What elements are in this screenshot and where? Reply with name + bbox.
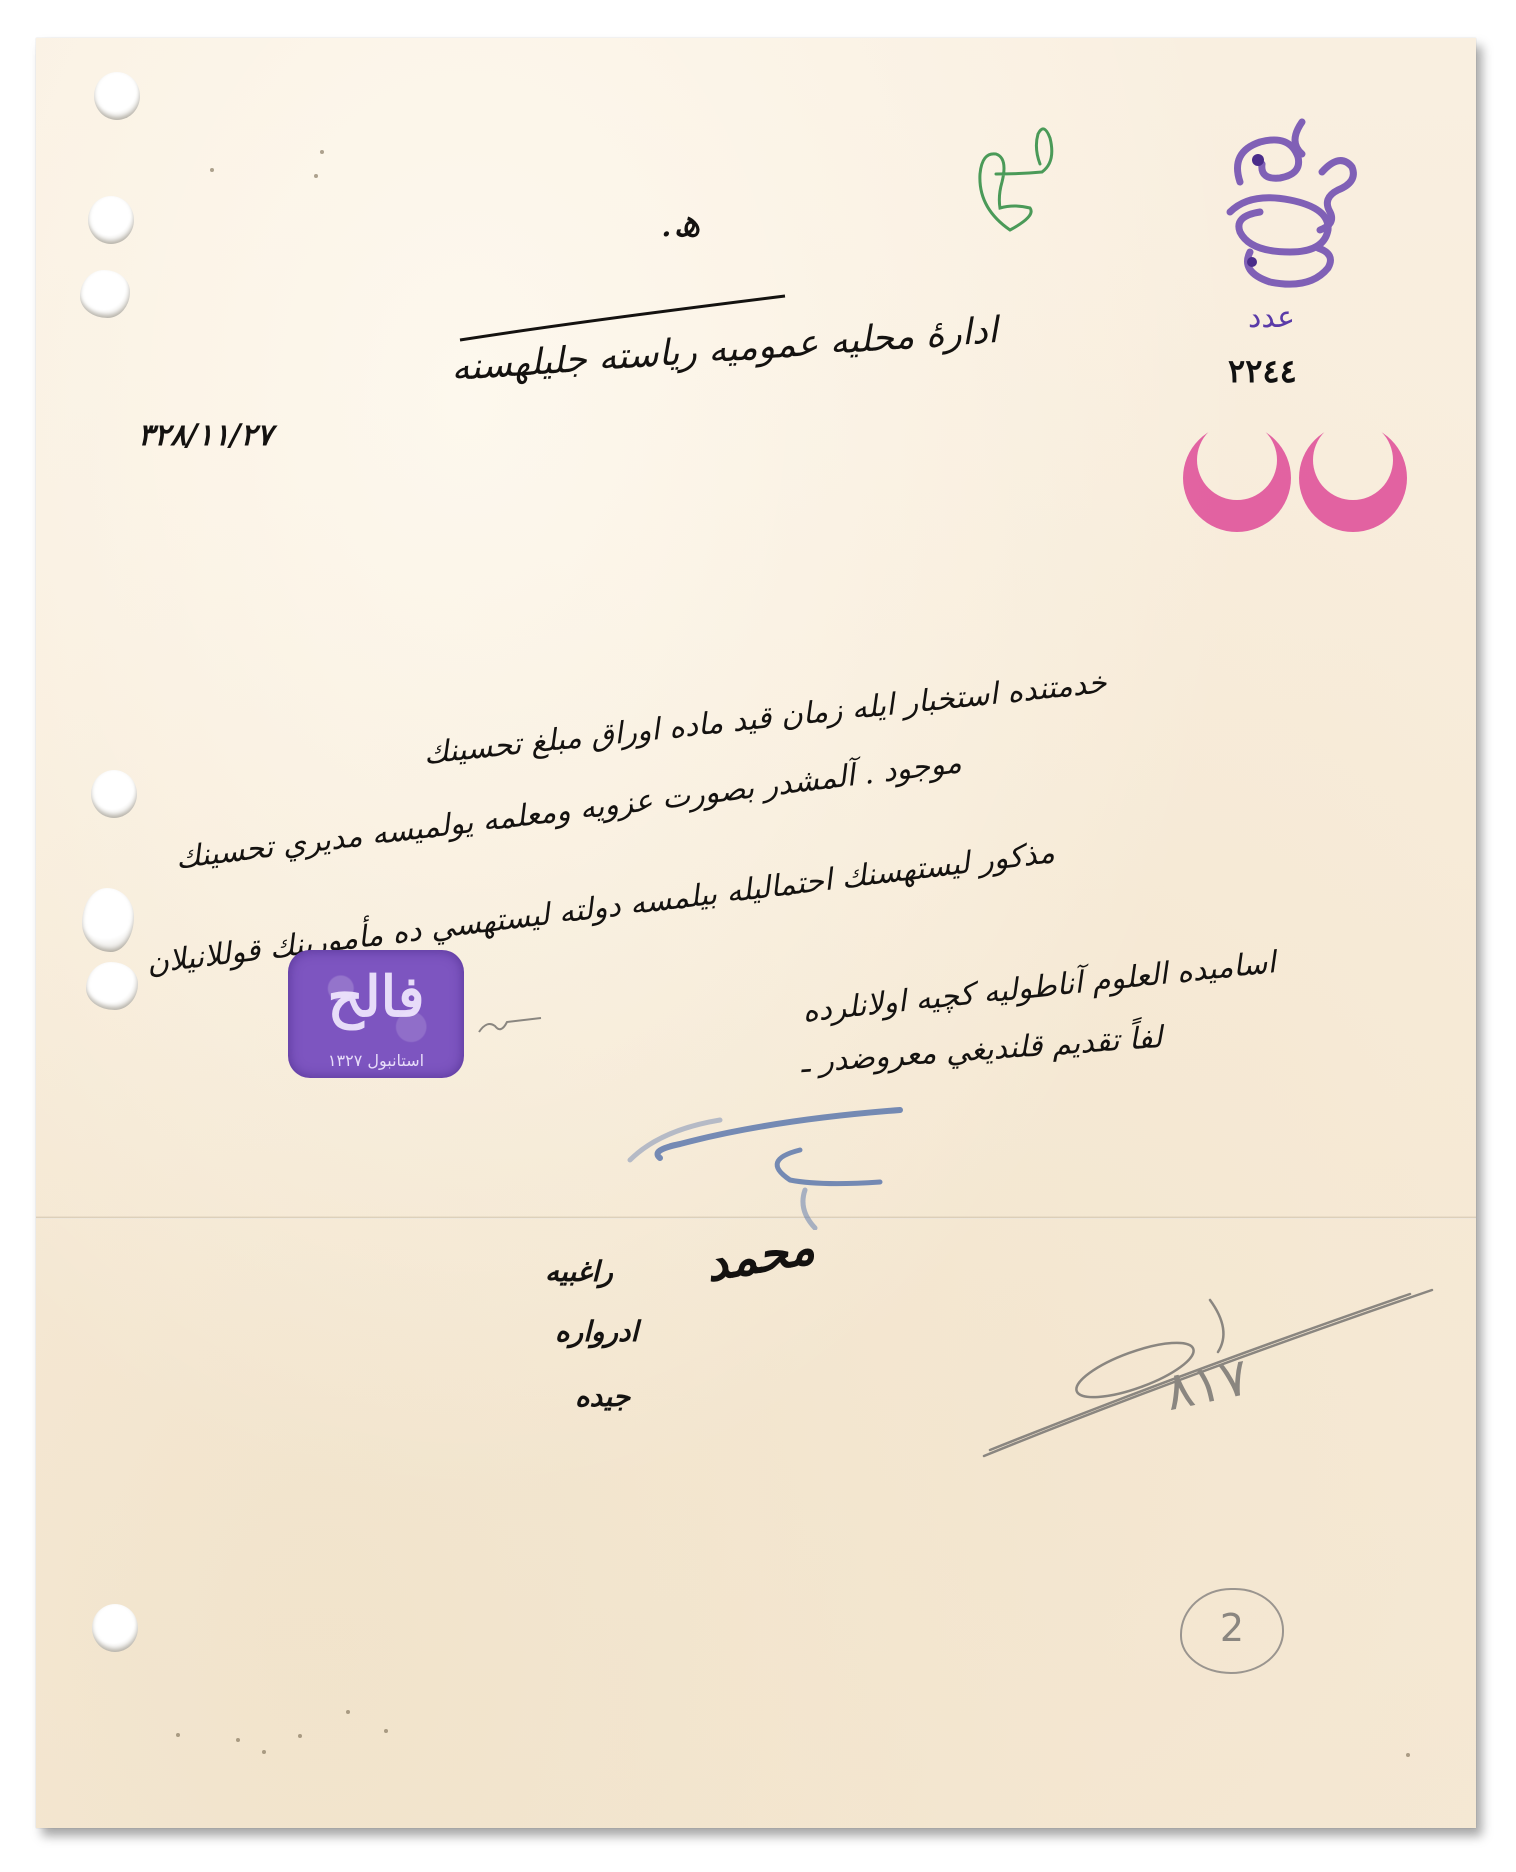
binder-hole: [86, 962, 138, 1010]
paper-speck: [236, 1738, 240, 1742]
binder-hole: [92, 1604, 138, 1652]
registry-number: ٢٢٤٤: [1228, 352, 1297, 390]
paper-speck: [176, 1733, 180, 1737]
binder-hole: [94, 72, 140, 120]
binder-hole: [88, 196, 134, 244]
paper-speck: [320, 150, 324, 154]
blue-scribble-icon: [620, 1100, 960, 1230]
calligraphic-seal-icon: [1210, 112, 1360, 302]
signer-line: راغبيه: [545, 1255, 613, 1288]
document-date: ٣٢٨/١١/٢٧: [138, 418, 273, 453]
pencil-tick-icon: [475, 1012, 545, 1042]
paper-speck: [384, 1729, 388, 1733]
green-pencil-mark-icon: [970, 112, 1060, 232]
seal-label: عدد: [1248, 300, 1295, 335]
square-seal-text: فالح: [288, 964, 464, 1030]
paper-speck: [298, 1734, 302, 1738]
paper-speck: [1406, 1753, 1410, 1757]
circled-page-number: 2: [1180, 1588, 1284, 1674]
square-seal: فالح استانبول ١٣٢٧: [288, 950, 464, 1078]
header-mark: ھ.: [660, 200, 701, 246]
binder-hole: [91, 770, 137, 818]
binder-hole: [80, 270, 130, 318]
signer-line: جيده: [575, 1380, 630, 1413]
paper-speck: [262, 1750, 266, 1754]
square-seal-year: استانبول ١٣٢٧: [288, 1051, 464, 1070]
signer-line: ادرواره: [555, 1315, 638, 1348]
binder-hole: [82, 888, 134, 952]
crescent-stamp-icon: [1182, 420, 1408, 532]
salutation-flourish: [455, 292, 795, 352]
paper-speck: [314, 174, 318, 178]
paper-speck: [346, 1710, 350, 1714]
page-number: 2: [1182, 1606, 1282, 1650]
paper-speck: [210, 168, 214, 172]
